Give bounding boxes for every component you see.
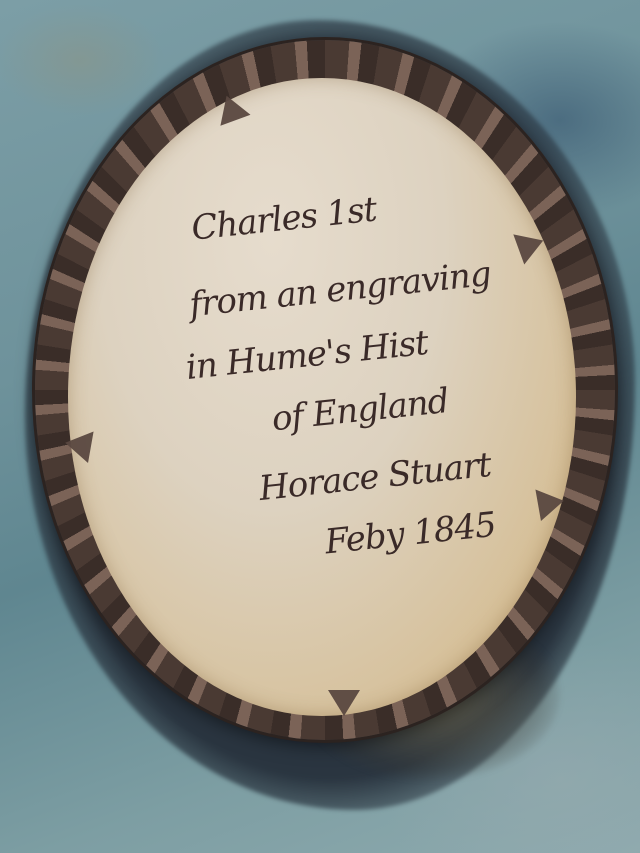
- handwritten-inscription: Charles 1st from an engraving in Hume's …: [160, 173, 595, 573]
- inscription-line-4: of England: [270, 370, 582, 436]
- inscription-signature: Horace Stuart: [257, 438, 589, 506]
- frame-tab: [328, 690, 360, 716]
- inscription-line-2: from an engraving: [188, 249, 569, 323]
- photo-scene: Charles 1st from an engraving in Hume's …: [0, 0, 640, 853]
- frame-tab: [62, 427, 93, 463]
- inscription-line-3: in Hume's Hist: [184, 310, 575, 385]
